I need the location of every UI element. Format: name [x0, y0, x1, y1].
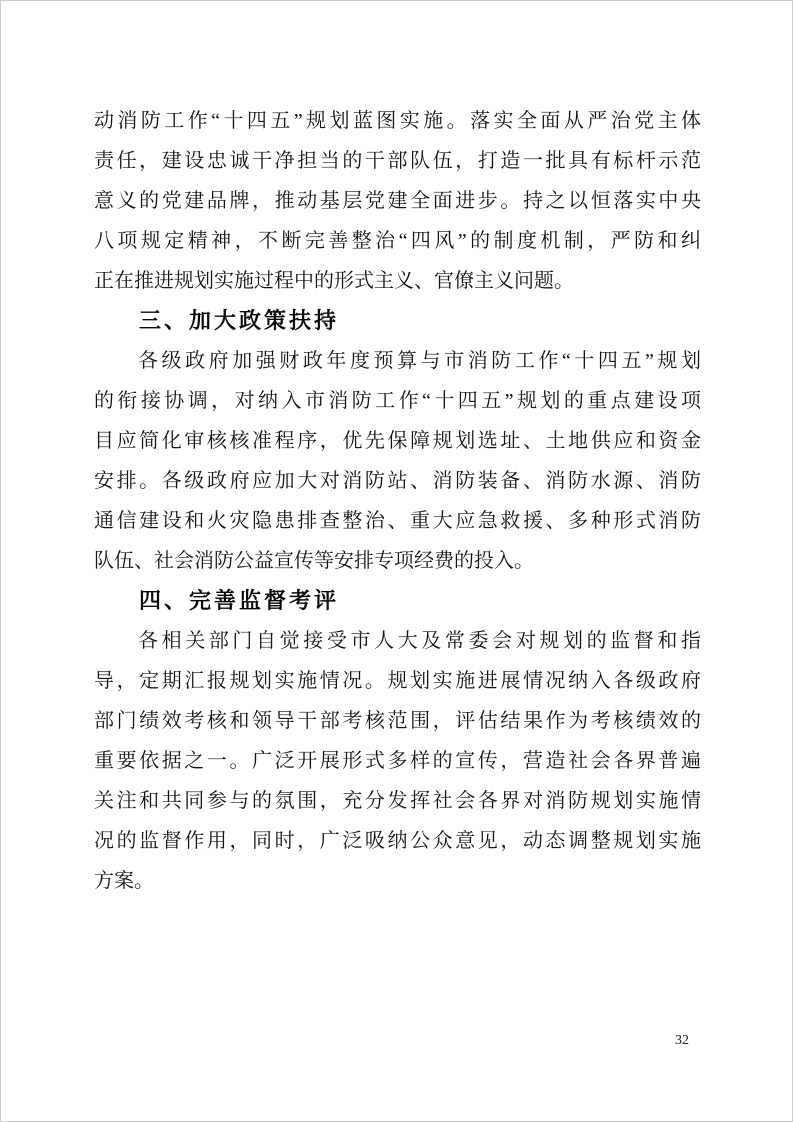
body-line: 导，定期汇报规划实施情况。规划实施进展情况纳入各级政府 [94, 661, 701, 701]
body-line: 方案。 [94, 861, 701, 901]
section-heading-4: 四、完善监督考评 [94, 581, 701, 621]
body-line: 部门绩效考核和领导干部考核范围，评估结果作为考核绩效的 [94, 701, 701, 741]
body-line: 队伍、社会消防公益宣传等安排专项经费的投入。 [94, 541, 701, 581]
body-line: 目应简化审核核准程序，优先保障规划选址、土地供应和资金 [94, 421, 701, 461]
body-line: 意义的党建品牌，推动基层党建全面进步。持之以恒落实中央 [94, 181, 701, 221]
body-line: 况的监督作用，同时，广泛吸纳公众意见，动态调整规划实施 [94, 821, 701, 861]
body-line: 安排。各级政府应加大对消防站、消防装备、消防水源、消防 [94, 461, 701, 501]
document-page: 动消防工作“十四五”规划蓝图实施。落实全面从严治党主体 责任，建设忠诚干净担当的… [0, 0, 793, 1122]
body-line: 通信建设和火灾隐患排查整治、重大应急救援、多种形式消防 [94, 501, 701, 541]
body-line: 关注和共同参与的氛围，充分发挥社会各界对消防规划实施情 [94, 781, 701, 821]
document-text-block: 动消防工作“十四五”规划蓝图实施。落实全面从严治党主体 责任，建设忠诚干净担当的… [94, 101, 701, 901]
body-line: 的衔接协调，对纳入市消防工作“十四五”规划的重点建设项 [94, 381, 701, 421]
body-line: 八项规定精神，不断完善整治“四风”的制度机制，严防和纠 [94, 221, 701, 261]
body-line: 正在推进规划实施过程中的形式主义、官僚主义问题。 [94, 261, 701, 301]
body-line: 动消防工作“十四五”规划蓝图实施。落实全面从严治党主体 [94, 101, 701, 141]
body-line: 重要依据之一。广泛开展形式多样的宣传，营造社会各界普遍 [94, 741, 701, 781]
body-line: 责任，建设忠诚干净担当的干部队伍，打造一批具有标杆示范 [94, 141, 701, 181]
body-line: 各级政府加强财政年度预算与市消防工作“十四五”规划 [94, 341, 701, 381]
section-heading-3: 三、加大政策扶持 [94, 301, 701, 341]
page-number: 32 [667, 1031, 697, 1051]
body-line: 各相关部门自觉接受市人大及常委会对规划的监督和指 [94, 621, 701, 661]
